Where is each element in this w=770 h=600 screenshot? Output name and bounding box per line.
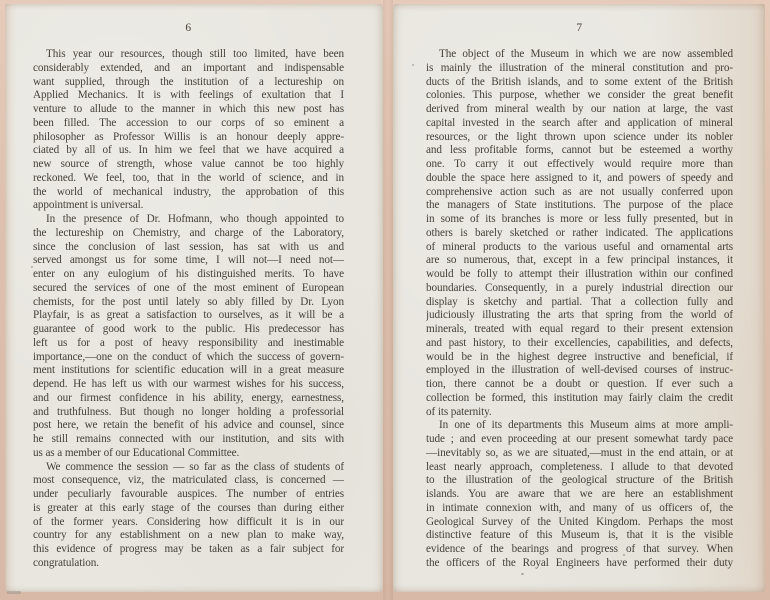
text-line: In the presence of Dr. Hofmann, who thou…: [33, 213, 344, 227]
text-line: congratulation.: [33, 557, 344, 571]
text-line: in some of its branches is more or less …: [426, 213, 733, 227]
text-line: ducts of the British islands, and to som…: [426, 76, 733, 90]
text-line: boundaries. Consequently, in a purely in…: [426, 282, 733, 296]
text-line: in intimate connexion with, and many of …: [426, 502, 733, 516]
text-line: been filled. The accession to our corps …: [33, 117, 344, 131]
text-line: are so numerous, that, except in a few p…: [426, 254, 733, 268]
text-line: Geological Survey of the United Kingdom.…: [426, 516, 733, 530]
text-line: and past history, to their excellencies,…: [426, 337, 733, 351]
text-line: us as a member of our Educational Commit…: [33, 447, 344, 461]
text-line: display is sketchy and partial. That a c…: [426, 296, 733, 310]
text-line: of its paternity.: [426, 406, 733, 420]
page-body-right: The object of the Museum in which we are…: [426, 48, 733, 571]
text-line: others is barely sketched or rather indi…: [426, 227, 733, 241]
text-line: is greater at this early stage of the co…: [33, 502, 344, 516]
text-line: would be folly to attempt their illustra…: [426, 268, 733, 282]
text-line: venture to allude to the manner in which…: [33, 103, 344, 117]
text-line: appointment is universal.: [33, 199, 344, 213]
text-line: evidence of the bearings and progress of…: [426, 543, 733, 557]
text-line: distinctive feature of this Museum is, t…: [426, 529, 733, 543]
text-line: and our firmest confidence in his abilit…: [33, 392, 344, 406]
text-line: country for any establishment on a new p…: [33, 529, 344, 543]
text-line: most consequence, viz, the matriculated …: [33, 474, 344, 488]
page-number-right: 7: [426, 22, 733, 34]
text-line: guarantee of good work to the public. Hi…: [33, 323, 344, 337]
text-line: collection be formed, this institution m…: [426, 392, 733, 406]
text-line: In one of its departments this Museum ai…: [426, 419, 733, 433]
text-line: want supplied, through the institution o…: [33, 76, 344, 90]
text-line: judiciously illustrating the arts that s…: [426, 309, 733, 323]
text-line: the world of mechanical industry, the ap…: [33, 186, 344, 200]
text-line: ment institutions for scientific educati…: [33, 364, 344, 378]
text-line: is mainly the illustration of the minera…: [426, 62, 733, 76]
text-line: minerals, treated with equal regard to t…: [426, 323, 733, 337]
text-line: one. To carry it out effectively would r…: [426, 158, 733, 172]
book-scan-spread: 6 This year our resources, though still …: [0, 0, 770, 600]
text-line: the officers of the Royal Engineers have…: [426, 557, 733, 571]
text-line: This year our resources, though still to…: [33, 48, 344, 62]
text-line: derived from mineral wealth by our natio…: [426, 103, 733, 117]
text-line: of the former years. Considering how dif…: [33, 516, 344, 530]
text-line: depend. He has left us with our warmest …: [33, 378, 344, 392]
text-line: left us for a post of heavy responsibili…: [33, 337, 344, 351]
text-line: resources, or the light thrown upon scie…: [426, 131, 733, 145]
text-line: under peculiarly favourable auspices. Th…: [33, 488, 344, 502]
text-line: We commence the session — so far as the …: [33, 461, 344, 475]
text-line: considerably extended, and an important …: [33, 62, 344, 76]
text-line: he still remains connected with our inst…: [33, 433, 344, 447]
text-line: to the illustration of the geological st…: [426, 474, 733, 488]
text-line: chemists, for the post until lately so a…: [33, 296, 344, 310]
text-line: reckoned. We feel, too, that in the worl…: [33, 172, 344, 186]
text-line: post here, we retain the benefit of his …: [33, 419, 344, 433]
scan-speck: [412, 64, 414, 66]
page-gutter: [383, 0, 393, 600]
text-line: —inevitably so, as we are situated,—must…: [426, 447, 733, 461]
page-body-left: This year our resources, though still to…: [33, 48, 344, 571]
text-line: ciated by all of us. In him we feel that…: [33, 144, 344, 158]
page-number-left: 6: [33, 22, 344, 34]
text-line: comprehensive action such as are not usu…: [426, 186, 733, 200]
text-line: enter on any eulogium of his distinguish…: [33, 268, 344, 282]
text-line: Applied Mechanics. It is with feelings o…: [33, 89, 344, 103]
scan-speck: [31, 266, 33, 268]
scan-speck: [623, 554, 625, 556]
page-left: 6 This year our resources, though still …: [5, 4, 383, 592]
text-line: new source of strength, whose value cann…: [33, 158, 344, 172]
text-line: of mineral products to the various usefu…: [426, 241, 733, 255]
text-line: and less profitable forms, cannot but be…: [426, 144, 733, 158]
text-line: islands. You are aware that we are here …: [426, 488, 733, 502]
scan-speck: [521, 573, 524, 575]
scan-smudge: [7, 591, 21, 594]
text-line: the managers of State institutions. The …: [426, 199, 733, 213]
text-line: employed in the illustration of well-dev…: [426, 364, 733, 378]
text-line: tion, there cannot be a doubt or questio…: [426, 378, 733, 392]
text-line: the lectureship on Chemistry, and charge…: [33, 227, 344, 241]
text-line: and truthfulness. But though no longer h…: [33, 406, 344, 420]
page-right: 7 The object of the Museum in which we a…: [393, 4, 765, 592]
text-line: capital invested in the search after and…: [426, 117, 733, 131]
text-line: secured the services of one of the most …: [33, 282, 344, 296]
text-line: importance,—one on the conduct of which …: [33, 351, 344, 365]
text-line: The object of the Museum in which we are…: [426, 48, 733, 62]
text-line: double the space here assigned to it, an…: [426, 172, 733, 186]
text-line: served amongst us for some time, I will …: [33, 254, 344, 268]
text-line: tude ; and even proceeding at our presen…: [426, 433, 733, 447]
text-line: philosopher as Professor Willis is an ho…: [33, 131, 344, 145]
text-line: least nearly approach, completeness. I a…: [426, 461, 733, 475]
text-line: since the conclusion of last session, ha…: [33, 241, 344, 255]
text-line: Playfair, is as great a satisfaction to …: [33, 309, 344, 323]
text-line: would be in the highest degree instructi…: [426, 351, 733, 365]
text-line: colonies. This purpose, whether we consi…: [426, 89, 733, 103]
text-line: this evidence of progress may be taken a…: [33, 543, 344, 557]
